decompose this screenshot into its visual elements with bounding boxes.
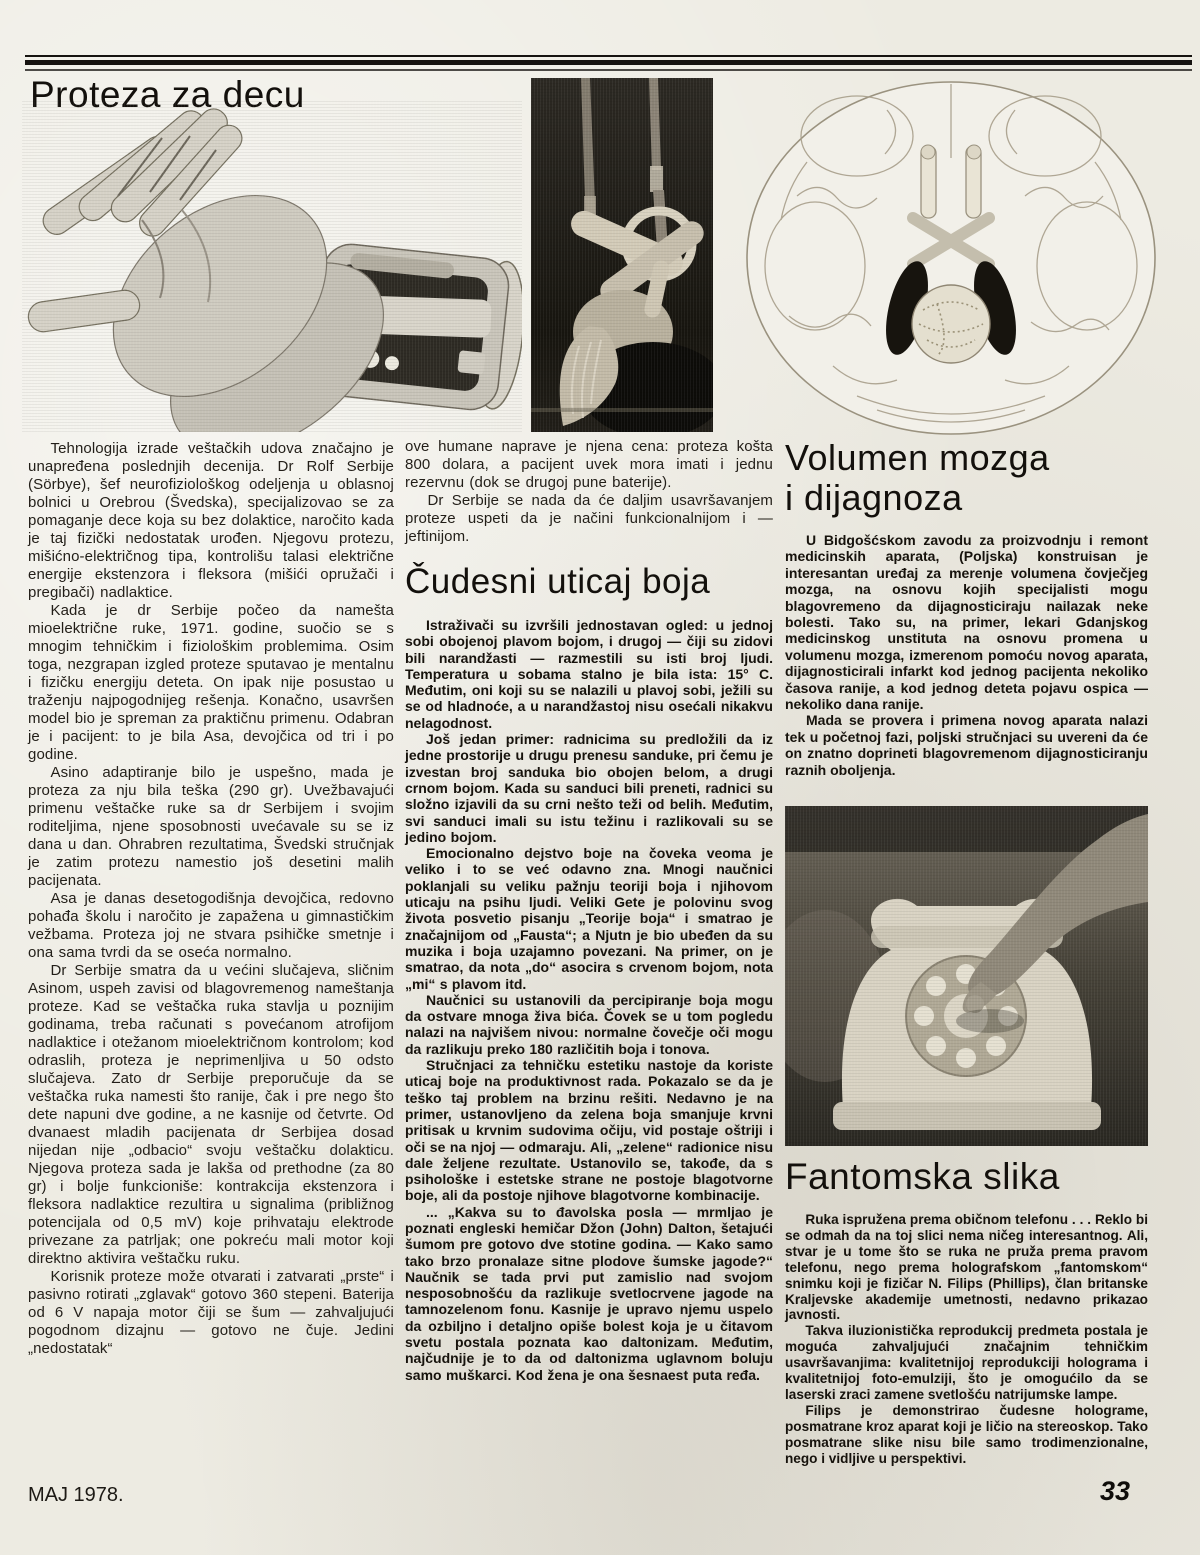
paragraph: Takva iluzionistička reprodukcij predmet… [785,1323,1148,1403]
paragraph: Dr Serbije se nada da će daljim usavršav… [405,492,773,546]
prosthetic-hand-photo [22,100,522,432]
paragraph: ... „Kakva su to đavolska posla — mrmlja… [405,1204,773,1383]
child-on-gym-rings-photo [531,78,713,432]
page-number: 33 [1100,1476,1130,1507]
article-volumen-body: U Bidgošćskom zavodu za proizvodnju i re… [785,532,1148,778]
paragraph: Filips je demonstrirao čudesne holograme… [785,1403,1148,1467]
paragraph: U Bidgošćskom zavodu za proizvodnju i re… [785,532,1148,712]
column-3: Volumen mozga i dijagnoza U Bidgošćskom … [785,438,1148,1538]
rotary-phone-illustration [785,806,1148,1146]
paragraph: Kada je dr Serbije počeo da namešta mioe… [28,602,394,764]
headline-volumen-mozga: Volumen mozga i dijagnoza [785,438,1050,517]
brain-diagram-illustration [737,66,1165,438]
article-boja-body: Istraživači su izvršili jednostavan ogle… [405,617,773,1383]
hand-reaching-rotary-phone-photo [785,806,1148,1146]
paragraph: Emocionalno dejstvo boje na čoveka veoma… [405,845,773,992]
paragraph: Asino adaptiranje bilo je uspešno, mada … [28,764,394,890]
article-proteza-column-1: Tehnologija izrade veštačkih udova znača… [28,440,394,1358]
paragraph: Korisnik proteze može otvarati i zatvara… [28,1268,394,1358]
article-fantomska-body: Ruka ispružena prema običnom telefonu . … [785,1212,1148,1467]
paragraph: Mada se provera i primena novog aparata … [785,712,1148,778]
gym-rings-illustration [531,78,713,432]
brain-underside-drawing [737,66,1165,438]
paragraph: Stručnjaci za tehničku estetiku nastoje … [405,1057,773,1204]
headline-fantomska-slika: Fantomska slika [785,1156,1060,1198]
article-proteza-continuation: ove humane naprave je njena cena: protez… [405,438,773,546]
paragraph: Istraživači su izvršili jednostavan ogle… [405,617,773,731]
paragraph: Još jedan primer: radnicima su predložil… [405,731,773,845]
paragraph: Naučnici su ustanovili da percipiranje b… [405,992,773,1057]
paragraph: Tehnologija izrade veštačkih udova znača… [28,440,394,602]
top-rule-thick [25,60,1192,65]
magazine-page: { "page": { "footer_date": "MAJ 1978.", … [0,0,1200,1555]
footer-date: MAJ 1978. [28,1484,124,1507]
top-rule-thin [25,55,1192,57]
prosthetic-hand-illustration [22,100,522,432]
paragraph: Asa je danas desetogodišnja devojčica, r… [28,890,394,962]
headline-cudesni-uticaj-boja: Čudesni uticaj boja [405,562,773,602]
paragraph: Dr Serbije smatra da u većini slučajeva,… [28,962,394,1268]
column-2: ove humane naprave je njena cena: protez… [405,438,773,1383]
paragraph: Ruka ispružena prema običnom telefonu . … [785,1212,1148,1323]
paragraph: ove humane naprave je njena cena: protez… [405,438,773,492]
